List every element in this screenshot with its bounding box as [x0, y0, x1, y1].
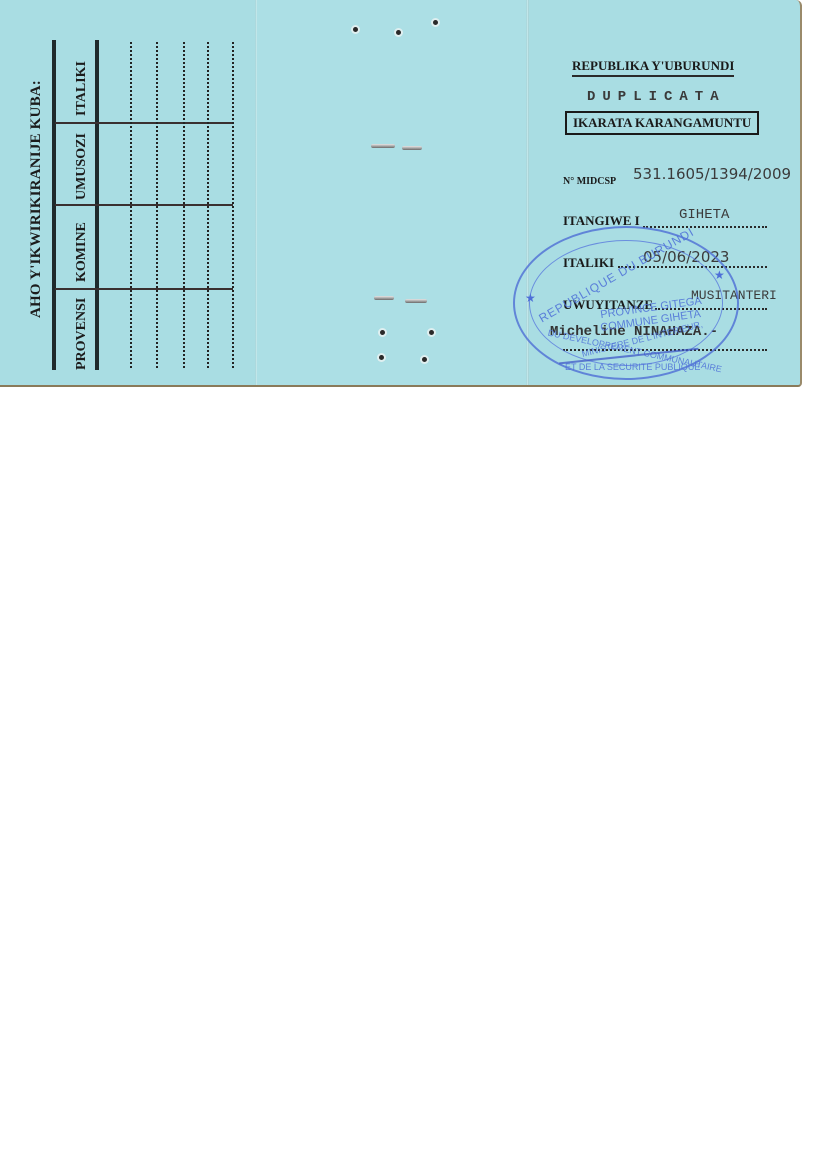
entry-row-1[interactable]	[130, 42, 132, 368]
entry-row-5[interactable]	[232, 42, 234, 368]
italiki-label: ITALIKI	[563, 255, 614, 271]
identity-card: AHO Y'IKWIRIKIRANIJE KUBA: PROVENSI KOMI…	[0, 0, 802, 387]
staple	[374, 296, 394, 300]
registration-title: AHO Y'IKWIRIKIRANIJE KUBA:	[28, 80, 45, 318]
column-italiki: ITALIKI	[74, 61, 90, 116]
staple	[402, 146, 422, 150]
column-komine: KOMINE	[74, 222, 90, 282]
column-provensi: PROVENSI	[74, 298, 90, 370]
left-panel-registration-table: AHO Y'IKWIRIKIRANIJE KUBA: PROVENSI KOMI…	[0, 0, 257, 385]
midcsp-label: N° MIDCSP	[563, 176, 616, 187]
staple-hole	[353, 27, 358, 32]
star-icon: ★	[525, 291, 536, 306]
staple-hole	[433, 20, 438, 25]
staple-hole	[429, 330, 434, 335]
staple-hole	[380, 330, 385, 335]
itangiwe-label: ITANGIWE I	[563, 213, 640, 229]
itangiwe-dotted-line	[643, 226, 767, 228]
star-icon: ★	[714, 268, 725, 283]
duplicata-stamp-text: DUPLICATA	[587, 89, 726, 105]
staple-hole	[422, 357, 427, 362]
column-umusozi: UMUSOZI	[74, 133, 90, 200]
midcsp-value: 531.1605/1394/2009	[633, 165, 791, 183]
middle-panel	[257, 0, 528, 385]
country-heading: REPUBLIKA Y'UBURUNDI	[572, 58, 734, 77]
staple	[405, 299, 427, 303]
staple-hole	[396, 30, 401, 35]
staple	[371, 144, 395, 148]
entry-row-4[interactable]	[207, 42, 209, 368]
entry-row-2[interactable]	[156, 42, 158, 368]
staple-hole	[379, 355, 384, 360]
itangiwe-value: GIHETA	[679, 207, 729, 223]
entry-row-3[interactable]	[183, 42, 185, 368]
card-title: IKARATA KARANGAMUNTU	[565, 111, 759, 135]
uwuyitanze-value: MUSITANTERI	[691, 288, 777, 303]
